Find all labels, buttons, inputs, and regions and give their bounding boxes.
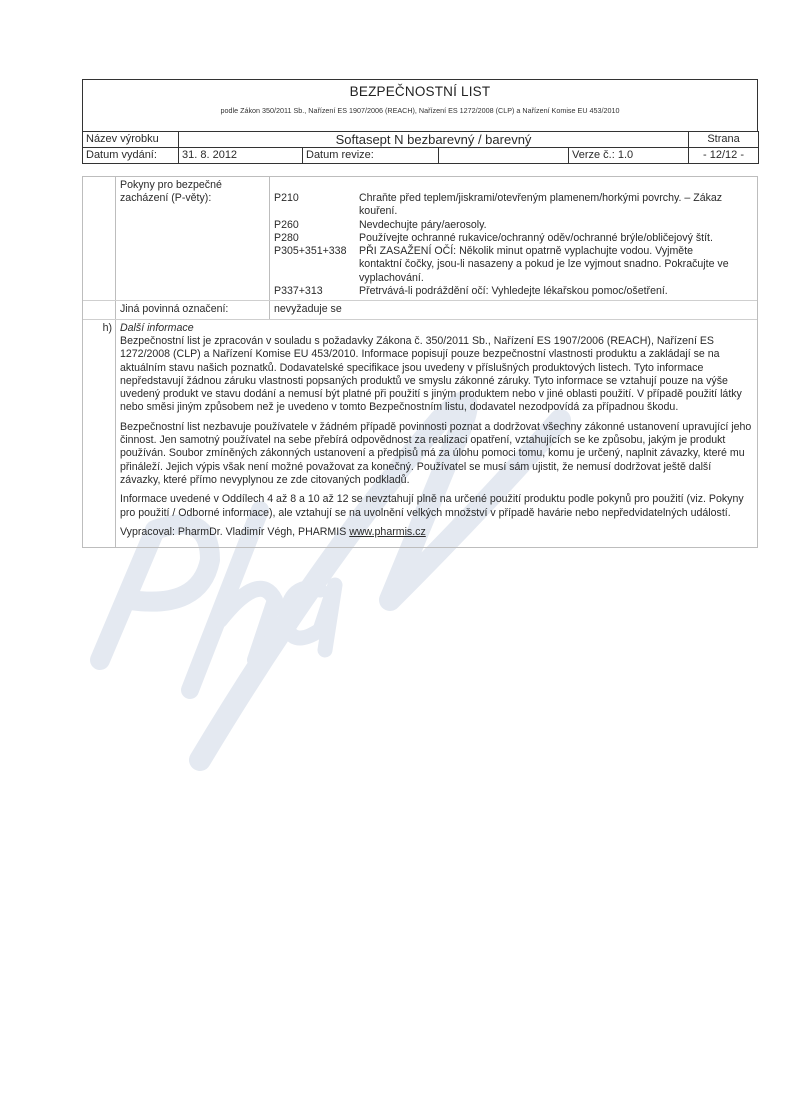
precaution-item: P305+351+338 PŘI ZASAŽENÍ OČÍ: Několik m…: [274, 245, 753, 285]
prepared-by-text: Vypracoval: PharmDr. Vladimír Végh, PHAR…: [120, 526, 346, 538]
precaution-item: P210 Chraňte před teplem/jiskrami/otevře…: [274, 192, 753, 219]
prepared-by: Vypracoval: PharmDr. Vladimír Végh, PHAR…: [120, 526, 753, 539]
info-paragraph: Bezpečnostní list nezbavuje používatele …: [120, 421, 753, 487]
precaution-text: Nevdechujte páry/aerosoly.: [359, 219, 753, 232]
page-number: - 12/12 -: [689, 148, 759, 164]
revision-date-label: Datum revize:: [303, 148, 439, 164]
section-content: Pokyny pro bezpečné zacházení (P-věty): …: [82, 176, 758, 548]
version: Verze č.: 1.0: [569, 148, 689, 164]
page-label: Strana: [689, 132, 759, 148]
further-info: Další informace Bezpečnostní list je zpr…: [116, 320, 757, 547]
precaution-code: P260: [274, 219, 359, 232]
website-link[interactable]: www.pharmis.cz: [349, 526, 426, 538]
product-name: Softasept N bezbarevný / barevný: [179, 132, 689, 148]
header-info-table: Název výrobku Softasept N bezbarevný / b…: [82, 131, 759, 164]
precaution-item: P260 Nevdechujte páry/aerosoly.: [274, 219, 753, 232]
precautions-list: P210 Chraňte před teplem/jiskrami/otevře…: [270, 177, 757, 300]
precaution-text: Chraňte před teplem/jiskrami/otevřeným p…: [359, 192, 753, 219]
other-labels-row: Jiná povinná označení: nevyžaduje se: [83, 301, 757, 319]
info-paragraph: Bezpečnostní list je zpracován v souladu…: [120, 335, 753, 415]
document-title: BEZPEČNOSTNÍ LIST: [83, 84, 757, 99]
precautions-label: Pokyny pro bezpečné zacházení (P-věty):: [116, 177, 270, 300]
further-info-row: h) Další informace Bezpečnostní list je …: [83, 320, 757, 547]
revision-date: [439, 148, 569, 164]
issue-date-label: Datum vydání:: [83, 148, 179, 164]
precaution-text: PŘI ZASAŽENÍ OČÍ: Několik minut opatrně …: [359, 245, 753, 285]
info-paragraph: Informace uvedené v Oddílech 4 až 8 a 10…: [120, 493, 753, 520]
document-header: BEZPEČNOSTNÍ LIST podle Zákon 350/2011 S…: [82, 79, 758, 131]
precaution-code: P210: [274, 192, 359, 219]
precaution-text: Používejte ochranné rukavice/ochranný od…: [359, 232, 753, 245]
safety-data-sheet-page: BEZPEČNOSTNÍ LIST podle Zákon 350/2011 S…: [82, 79, 758, 548]
document-subtitle: podle Zákon 350/2011 Sb., Nařízení ES 19…: [83, 106, 757, 115]
precaution-code: P280: [274, 232, 359, 245]
precaution-item: P337+313 Přetrvává-li podráždění očí: Vy…: [274, 285, 753, 298]
issue-date: 31. 8. 2012: [179, 148, 303, 164]
product-name-label: Název výrobku: [83, 132, 179, 148]
precaution-code: P305+351+338: [274, 245, 359, 285]
precaution-item: P280 Používejte ochranné rukavice/ochran…: [274, 232, 753, 245]
further-info-title: Další informace: [120, 322, 753, 335]
precaution-code: P337+313: [274, 285, 359, 298]
section-letter: h): [83, 320, 116, 547]
other-labels-label: Jiná povinná označení:: [116, 301, 270, 318]
precautions-row: Pokyny pro bezpečné zacházení (P-věty): …: [83, 177, 757, 301]
precaution-text: Přetrvává-li podráždění očí: Vyhledejte …: [359, 285, 753, 298]
other-labels-value: nevyžaduje se: [270, 301, 757, 318]
